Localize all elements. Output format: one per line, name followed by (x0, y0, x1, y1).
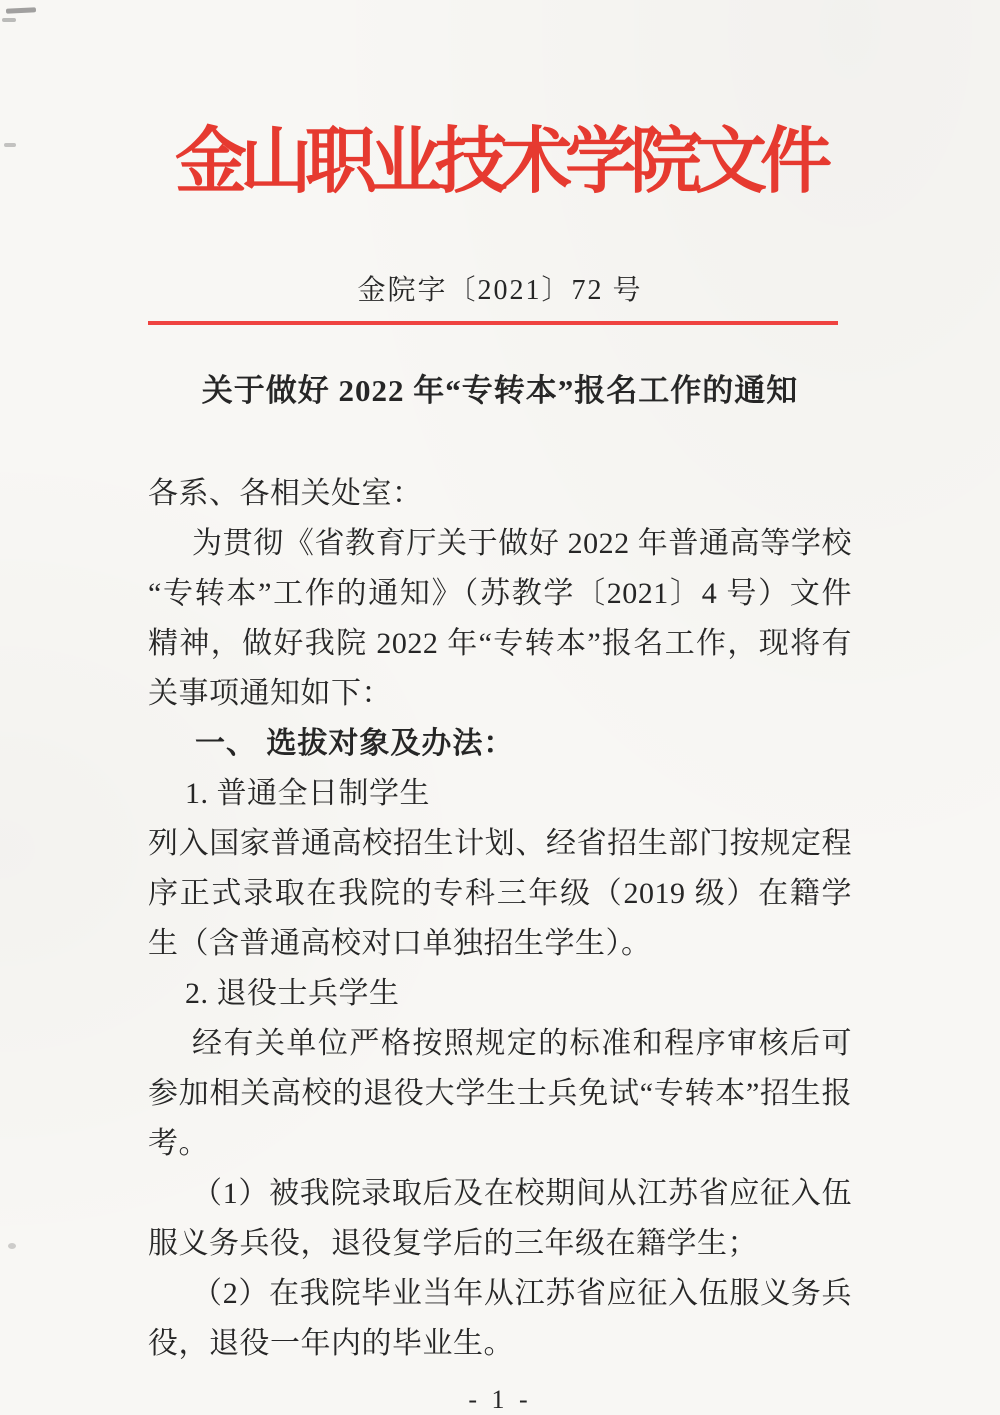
red-divider-line (148, 321, 838, 325)
document-header: 金山职业技术学院文件 金院字〔2021〕72 号 (0, 0, 1000, 325)
body-paragraph: 2. 退役士兵学生 (148, 969, 852, 1019)
body-paragraph: （2）在我院毕业当年从江苏省应征入伍服义务兵役，退役一年内的毕业生。 (148, 1269, 852, 1369)
doc-number: 金院字〔2021〕72 号 (0, 276, 1000, 306)
document-footer: - 1 - (0, 1383, 1000, 1415)
body-paragraphs: 为贯彻《省教育厅关于做好 2022 年普通高等学校“专转本”工作的通知》（苏教学… (148, 519, 852, 1369)
scan-artifact (830, 1032, 844, 1050)
scan-artifact (2, 18, 16, 22)
page-number: - 1 - (0, 1383, 1000, 1415)
body-paragraph: （1）被我院录取后及在校期间从江苏省应征入伍服义务兵役，退役复学后的三年级在籍学… (148, 1169, 852, 1269)
document-body: 各系、各相关处室： 为贯彻《省教育厅关于做好 2022 年普通高等学校“专转本”… (148, 469, 852, 1369)
scanned-document-page: 金山职业技术学院文件 金院字〔2021〕72 号 关于做好 2022 年“专转本… (0, 0, 1000, 1415)
org-title: 金山职业技术学院文件 (0, 0, 1000, 198)
body-paragraph: 列入国家普通高校招生计划、经省招生部门按规定程序正式录取在我院的专科三年级（20… (148, 819, 852, 969)
document-main: 关于做好 2022 年“专转本”报名工作的通知 各系、各相关处室： 为贯彻《省教… (0, 371, 1000, 1369)
salutation-line: 各系、各相关处室： (148, 469, 852, 519)
body-paragraph: 一、 选拔对象及办法： (148, 719, 852, 769)
body-paragraph: 为贯彻《省教育厅关于做好 2022 年普通高等学校“专转本”工作的通知》（苏教学… (148, 519, 852, 719)
body-paragraph: 经有关单位严格按照规定的标准和程序审核后可参加相关高校的退役大学生士兵免试“专转… (148, 1019, 852, 1169)
scan-artifact (8, 1243, 16, 1249)
document-title: 关于做好 2022 年“专转本”报名工作的通知 (100, 371, 900, 411)
scan-artifact (4, 143, 16, 147)
body-paragraph: 1. 普通全日制学生 (148, 769, 852, 819)
